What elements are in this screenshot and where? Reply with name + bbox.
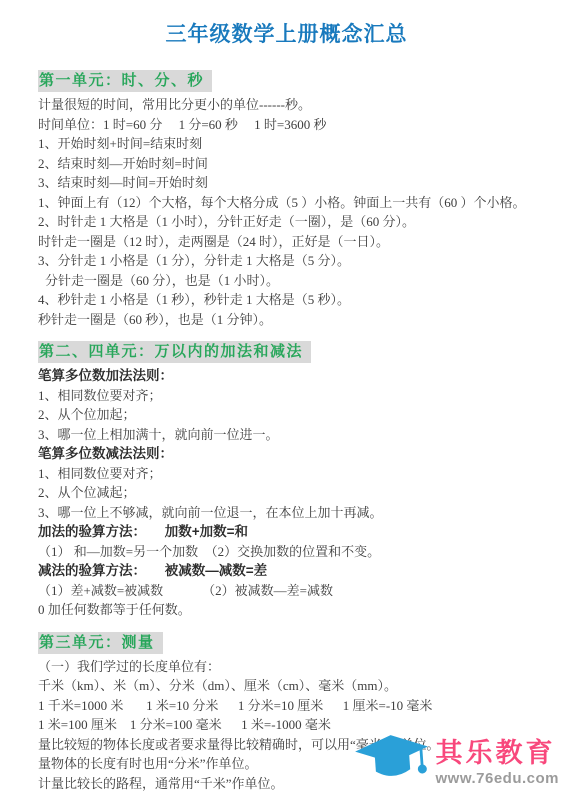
text-line: 笔算多位数加法法则： [38,366,535,386]
brand-watermark: 其乐教育 www.76edu.com [352,734,559,792]
text-line: 1、钟面上有（12）个大格，每个大格分成（5 ）小格。钟面上一共有（60 ）个小… [38,193,535,213]
section-heading: 第一单元：时、分、秒 [38,70,212,92]
section-heading: 第三单元：测量 [38,632,163,654]
section-heading-row: 第二、四单元：万以内的加法和减法 [38,341,535,363]
text-line: 2、时针走 1 大格是（1 小时），分针正好走（一圈），是（60 分）。 [38,212,535,232]
sections: 第一单元：时、分、秒计量很短的时间，常用比分更小的单位------秒。时间单位：… [38,70,535,793]
text-line: 计量很短的时间，常用比分更小的单位------秒。 [38,95,535,115]
text-line: 3、哪一位上相加满十，就向前一位进一。 [38,425,535,445]
document-page: 三年级数学上册概念汇总 第一单元：时、分、秒计量很短的时间，常用比分更小的单位-… [0,0,565,800]
text-line: （1） 和—加数=另一个加数 （2）交换加数的位置和不变。 [38,542,535,562]
text-line: 0 加任何数都等于任何数。 [38,600,535,620]
text-line: 3、哪一位上不够减，就向前一位退一，在本位上加十再减。 [38,503,535,523]
brand-name: 其乐教育 [436,739,559,767]
text-line: （一）我们学过的长度单位有： [38,657,535,677]
text-line: 加法的验算方法： 加数+加数=和 [38,522,535,542]
text-line: 1、相同数位要对齐； [38,464,535,484]
page-title: 三年级数学上册概念汇总 [38,18,535,48]
text-line: 时针走一圈是（12 时），走两圈是（24 时），正好是（一日）。 [38,232,535,252]
text-line: 4、秒针走 1 小格是（1 秒），秒针走 1 大格是（5 秒）。 [38,290,535,310]
section-heading-row: 第一单元：时、分、秒 [38,70,535,92]
graduation-cap-icon [352,734,432,792]
text-line: （1）差+减数=被减数 （2）被减数—差=减数 [38,581,535,601]
text-line: 笔算多位数减法法则： [38,444,535,464]
text-line: 1 千米=1000 米 1 米=10 分米 1 分米=10 厘米 1 厘米=-1… [38,696,535,716]
section-heading-row: 第三单元：测量 [38,632,535,654]
text-line: 3、结束时刻—时间=开始时刻 [38,173,535,193]
text-line: 秒针走一圈是（60 秒），也是（1 分钟）。 [38,310,535,330]
text-line: 2、从个位减起； [38,483,535,503]
brand-text-block: 其乐教育 www.76edu.com [436,739,559,786]
section: 第二、四单元：万以内的加法和减法笔算多位数加法法则：1、相同数位要对齐；2、从个… [38,341,535,620]
text-line: 2、结束时刻—开始时刻=时间 [38,154,535,174]
text-line: 分针走一圈是（60 分），也是（1 小时）。 [38,271,535,291]
section: 第一单元：时、分、秒计量很短的时间，常用比分更小的单位------秒。时间单位：… [38,70,535,329]
text-line: 减法的验算方法： 被减数—减数=差 [38,561,535,581]
text-line: 1、相同数位要对齐； [38,386,535,406]
text-line: 千米（km）、米（m）、分米（dm）、厘米（cm）、毫米（mm）。 [38,676,535,696]
text-line: 3、分针走 1 小格是（1 分），分针走 1 大格是（5 分）。 [38,251,535,271]
brand-url: www.76edu.com [436,770,559,787]
text-line: 2、从个位加起； [38,405,535,425]
text-line: 1 米=100 厘米 1 分米=100 毫米 1 米=-1000 毫米 [38,715,535,735]
section-heading: 第二、四单元：万以内的加法和减法 [38,341,311,363]
text-line: 时间单位：1 时=60 分 1 分=60 秒 1 时=3600 秒 [38,115,535,135]
text-line: 1、开始时刻+时间=结束时刻 [38,134,535,154]
